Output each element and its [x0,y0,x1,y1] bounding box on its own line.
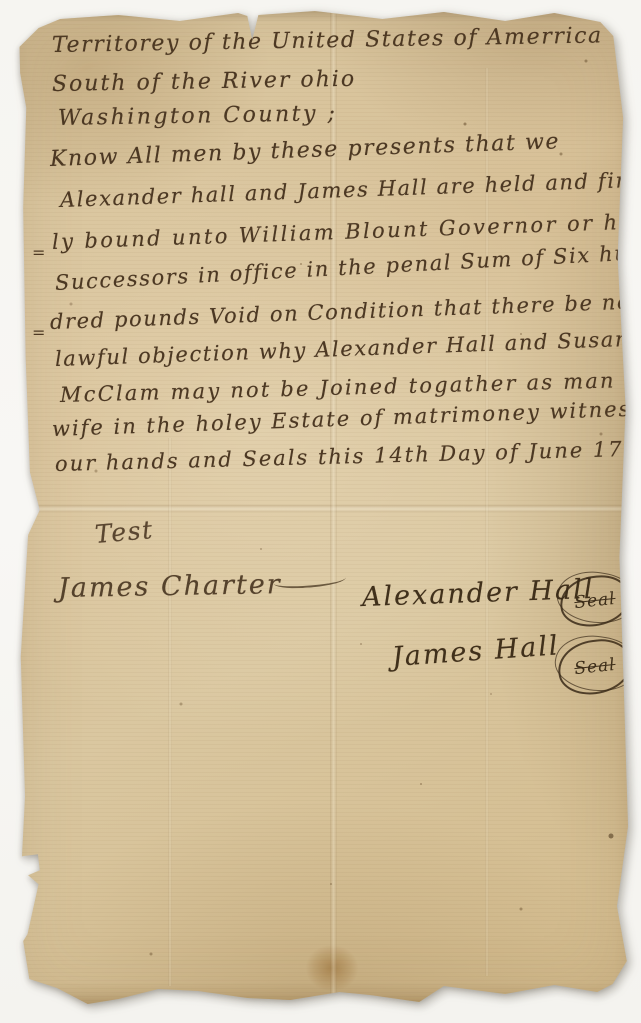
attestation-test-label: Test [94,515,155,549]
horizontal-fold-crease [14,505,628,512]
body-line-5: dred pounds Void on Condition that there… [50,290,632,334]
foxing-specks [14,8,16,10]
seal-label: Seal [555,636,634,697]
vertical-right-crease [485,68,489,976]
seal-label: Seal [558,572,633,629]
witness-signature-james-charter: James Charter [58,568,346,604]
paper-sheet-wrapper: Territorey of the United States of Amerr… [0,0,641,1023]
header-line-territory: Territorey of the United States of Amerr… [52,23,603,58]
body-line-2: Alexander hall and James Hall are held a… [60,167,641,212]
document-scan: Territorey of the United States of Amerr… [0,0,641,1023]
paper-sheet: Territorey of the United States of Amerr… [14,8,628,1006]
witness-signature-text: James Charter [58,569,282,604]
header-line-south-of-river: South of the River ohio [52,67,357,97]
signature-james-hall: James Hall [391,630,561,673]
body-line-1: Know All men by these presents that we [50,129,561,172]
seal-james-hall: Seal [558,640,632,694]
body-line-6: lawful objection why Alexander Hall and … [55,326,641,371]
margin-hyphen-mark-1: = [32,243,45,262]
signature-flourish [273,572,346,590]
seal-alexander-hall: Seal [560,576,630,626]
vertical-left-crease [168,438,172,986]
body-line-9: our hands and Seals this 14th Day of Jun… [55,436,641,476]
header-line-county: Washington County ; [58,101,338,131]
margin-hyphen-mark-2: = [32,323,45,342]
